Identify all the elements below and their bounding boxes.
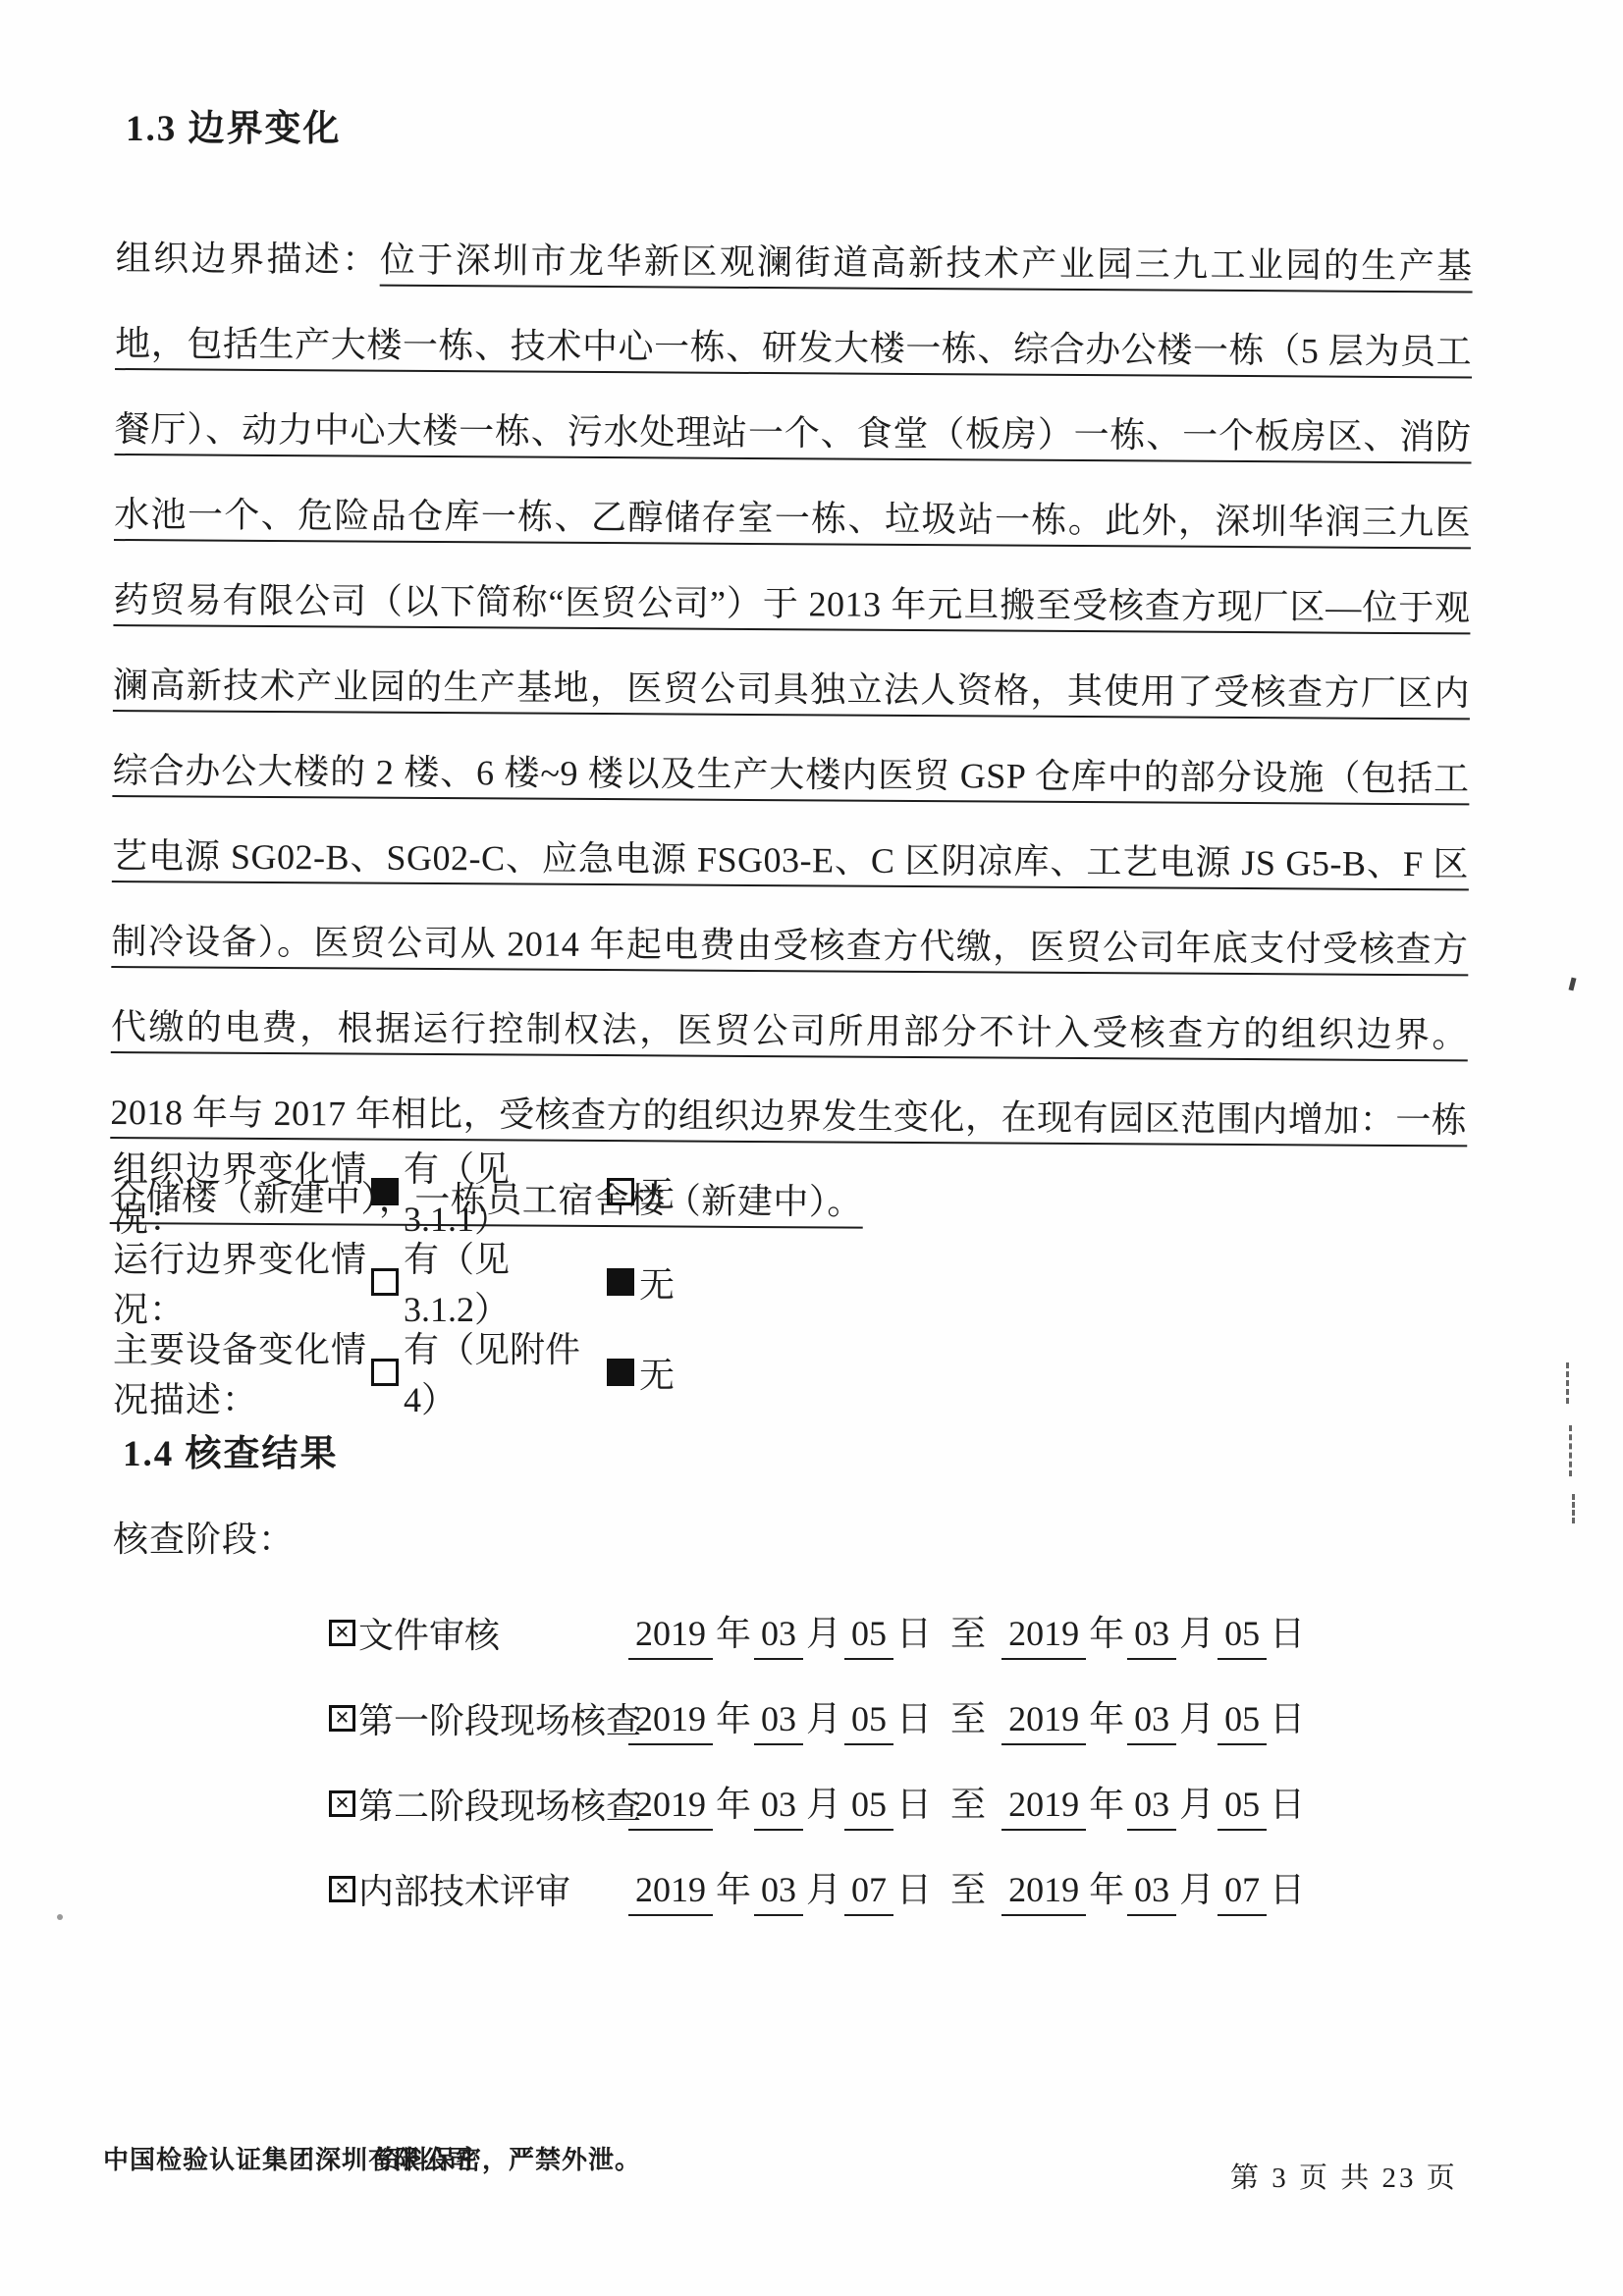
no-option-label: 无 xyxy=(639,1167,675,1217)
no-option-label: 无 xyxy=(639,1257,675,1308)
yes-checkbox[interactable] xyxy=(371,1268,399,1296)
verification-stage-heading: 核查阶段： xyxy=(113,1512,295,1562)
scan-artifact xyxy=(1569,1425,1572,1476)
to-day: 07 xyxy=(1217,1869,1267,1916)
scan-artifact xyxy=(57,1914,63,1920)
stage-left: 第二阶段现场核查 xyxy=(329,1779,628,1829)
yes-checkbox[interactable] xyxy=(371,1178,399,1205)
yes-option-label: 有（见 3.1.2） xyxy=(404,1232,607,1332)
no-checkbox[interactable] xyxy=(607,1359,634,1386)
to-month: 03 xyxy=(1127,1698,1176,1745)
org-boundary-paragraph: 组织边界描述：位于深圳市龙华新区观澜街道高新技术产业园三九工业园的生产基地，包括… xyxy=(110,216,1473,1249)
yes-option: 有（见 3.1.2） xyxy=(371,1232,607,1332)
stage-left: 内部技术评审 xyxy=(329,1864,628,1914)
org-boundary-text: 位于深圳市龙华新区观澜街道高新技术产业园三九工业园的生产基地，包括生产大楼一栋、… xyxy=(110,240,1473,1222)
no-checkbox[interactable] xyxy=(607,1178,634,1205)
org-boundary-label: 组织边界描述： xyxy=(116,239,380,280)
stage-left: 第一阶段现场核查 xyxy=(329,1693,628,1743)
no-checkbox[interactable] xyxy=(607,1268,634,1296)
to-month: 03 xyxy=(1127,1613,1176,1660)
to-year: 2019 xyxy=(1001,1698,1086,1745)
to-word: 至 xyxy=(935,1870,1001,1909)
scan-artifact xyxy=(1569,978,1577,991)
yes-option: 有（见 3.1.1） xyxy=(371,1142,607,1242)
stage-row-first-onsite: 第一阶段现场核查 2019年03月05日至2019年03月05日 xyxy=(329,1676,1308,1761)
to-day: 05 xyxy=(1217,1784,1267,1831)
document-page: 1.3 边界变化 组织边界描述：位于深圳市龙华新区观澜街道高新技术产业园三九工业… xyxy=(0,0,1623,2296)
stage-checkbox[interactable] xyxy=(329,1876,355,1902)
change-row-label: 组织边界变化情况： xyxy=(113,1142,371,1242)
to-month: 03 xyxy=(1127,1784,1176,1831)
stage-label: 文件审核 xyxy=(358,1608,500,1658)
to-word: 至 xyxy=(935,1614,1001,1653)
stage-row-second-onsite: 第二阶段现场核查 2019年03月05日至2019年03月05日 xyxy=(329,1761,1308,1846)
stage-label: 第二阶段现场核查 xyxy=(358,1779,641,1829)
scan-artifact xyxy=(1566,1362,1569,1404)
from-day: 05 xyxy=(844,1784,893,1831)
stage-row-document-review: 文件审核 2019年03月05日至2019年03月05日 xyxy=(329,1590,1308,1676)
change-row-org-boundary: 组织边界变化情况： 有（见 3.1.1） 无 xyxy=(113,1147,1193,1237)
boundary-change-rows: 组织边界变化情况： 有（见 3.1.1） 无 运行边界变化情况： 有（见 3.1… xyxy=(113,1147,1193,1417)
footer-confidentiality-notice: 资料保密，严禁外泄。 xyxy=(376,2140,641,2176)
to-word: 至 xyxy=(935,1785,1001,1824)
to-year: 2019 xyxy=(1001,1613,1086,1660)
no-option: 无 xyxy=(607,1257,675,1308)
to-word: 至 xyxy=(935,1699,1001,1738)
change-row-label: 运行边界变化情况： xyxy=(113,1232,371,1332)
no-option: 无 xyxy=(607,1167,675,1217)
from-day: 07 xyxy=(844,1869,893,1916)
change-row-main-equipment: 主要设备变化情况描述： 有（见附件 4） 无 xyxy=(113,1327,1193,1417)
from-day: 05 xyxy=(844,1613,893,1660)
stage-checkbox[interactable] xyxy=(329,1620,355,1646)
section-1-3-heading: 1.3 边界变化 xyxy=(126,98,342,151)
stage-row-internal-review: 内部技术评审 2019年03月07日至2019年03月07日 xyxy=(329,1846,1308,1932)
to-year: 2019 xyxy=(1001,1784,1086,1831)
from-month: 03 xyxy=(754,1869,803,1916)
stage-dates: 2019年03月05日至2019年03月05日 xyxy=(628,1691,1308,1745)
change-row-operational-boundary: 运行边界变化情况： 有（见 3.1.2） 无 xyxy=(113,1237,1193,1327)
to-day: 05 xyxy=(1217,1698,1267,1745)
from-month: 03 xyxy=(754,1784,803,1831)
to-day: 05 xyxy=(1217,1613,1267,1660)
yes-option-label: 有（见 3.1.1） xyxy=(404,1142,607,1242)
no-option-label: 无 xyxy=(639,1348,675,1398)
stage-dates: 2019年03月07日至2019年03月07日 xyxy=(628,1862,1308,1916)
to-year: 2019 xyxy=(1001,1869,1086,1916)
scan-artifact xyxy=(1572,1494,1575,1523)
to-month: 03 xyxy=(1127,1869,1176,1916)
yes-option: 有（见附件 4） xyxy=(371,1322,607,1422)
from-month: 03 xyxy=(754,1613,803,1660)
stage-checkbox[interactable] xyxy=(329,1790,355,1817)
stage-dates: 2019年03月05日至2019年03月05日 xyxy=(628,1777,1308,1831)
from-month: 03 xyxy=(754,1698,803,1745)
verification-stages: 文件审核 2019年03月05日至2019年03月05日 第一阶段现场核查 20… xyxy=(329,1590,1308,1932)
from-day: 05 xyxy=(844,1698,893,1745)
stage-dates: 2019年03月05日至2019年03月05日 xyxy=(628,1606,1308,1660)
stage-label: 内部技术评审 xyxy=(358,1864,570,1914)
stage-label: 第一阶段现场核查 xyxy=(358,1693,641,1743)
stage-checkbox[interactable] xyxy=(329,1705,355,1732)
from-year: 2019 xyxy=(628,1869,713,1916)
section-1-4-heading: 1.4 核查结果 xyxy=(123,1423,339,1476)
from-year: 2019 xyxy=(628,1698,713,1745)
no-option: 无 xyxy=(607,1348,675,1398)
from-year: 2019 xyxy=(628,1784,713,1831)
from-year: 2019 xyxy=(628,1613,713,1660)
stage-left: 文件审核 xyxy=(329,1608,628,1658)
yes-checkbox[interactable] xyxy=(371,1359,399,1386)
footer-page-number: 第 3 页 共 23 页 xyxy=(1230,2156,1458,2196)
change-row-label: 主要设备变化情况描述： xyxy=(113,1322,371,1422)
yes-option-label: 有（见附件 4） xyxy=(404,1322,607,1422)
